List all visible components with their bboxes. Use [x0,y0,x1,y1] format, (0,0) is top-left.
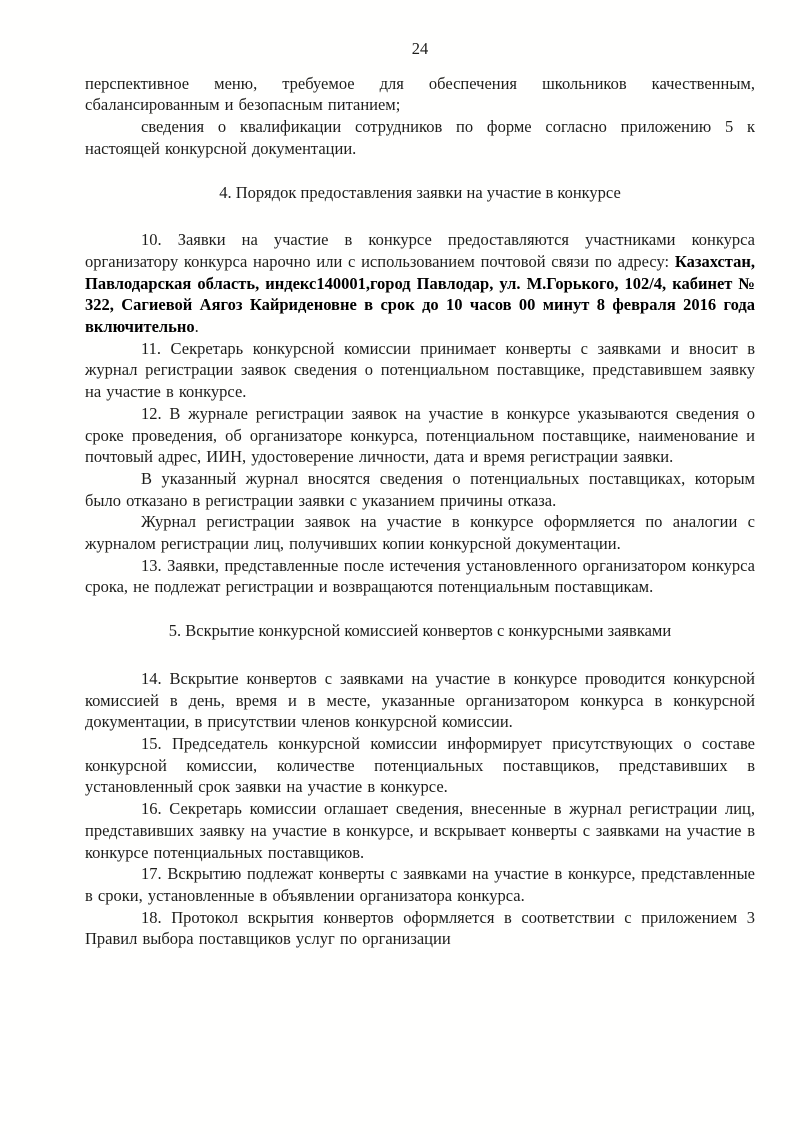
paragraph-12: 12. В журнале регистрации заявок на учас… [85,403,755,468]
paragraph-18: 18. Протокол вскрытия конвертов оформляе… [85,907,755,950]
paragraph-intro-continuation: перспективное меню, требуемое для обеспе… [85,73,755,116]
paragraph-qualification-info: сведения о квалификации сотрудников по ф… [85,116,755,159]
paragraph-14: 14. Вскрытие конвертов с заявками на уча… [85,668,755,733]
paragraph-16: 16. Секретарь комиссии оглашает сведения… [85,798,755,863]
paragraph-12-continuation-1: В указанный журнал вносятся сведения о п… [85,468,755,511]
paragraph-11: 11. Секретарь конкурсной комиссии приним… [85,338,755,403]
paragraph-15: 15. Председатель конкурсной комиссии инф… [85,733,755,798]
document-page: 24 перспективное меню, требуемое для обе… [0,0,800,1134]
paragraph-17: 17. Вскрытию подлежат конверты с заявкам… [85,863,755,906]
paragraph-12-continuation-2: Журнал регистрации заявок на участие в к… [85,511,755,554]
page-number: 24 [85,38,755,60]
section-5-heading: 5. Вскрытие конкурсной комиссией конверт… [85,620,755,642]
section-4-heading: 4. Порядок предоставления заявки на учас… [85,182,755,204]
paragraph-10-tail: . [195,317,199,336]
paragraph-10-lead: 10. Заявки на участие в конкурсе предост… [85,230,755,271]
paragraph-13: 13. Заявки, представленные после истечен… [85,555,755,598]
paragraph-10: 10. Заявки на участие в конкурсе предост… [85,229,755,338]
